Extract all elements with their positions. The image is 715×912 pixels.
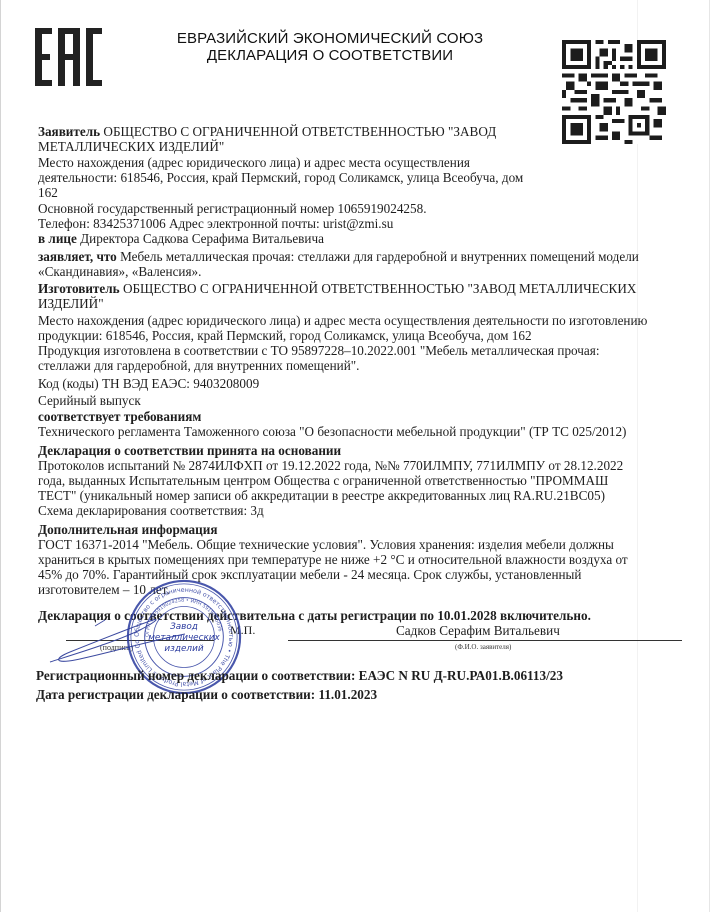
union-title: ЕВРАЗИЙСКИЙ ЭКОНОМИЧЕСКИЙ СОЮЗ [160,30,500,47]
signatory-name: Садков Серафим Витальевич [396,623,560,638]
additional-info: 45% до 70%. Гарантийный срок эксплуатаци… [38,567,581,582]
page-border [709,0,710,912]
declaration-statement: заявляет, что Мебель металлическая проча… [38,249,639,264]
svg-text:металлических: металлических [148,633,220,643]
test-protocols: года, выданных Испытательным центром Общ… [38,473,608,488]
svg-text:изделий: изделий [164,644,203,654]
test-protocols: Протоколов испытаний № 2874ИЛФХП от 19.1… [38,458,623,473]
name-line [288,640,682,641]
manufacturer-name-cont: ИЗДЕЛИЙ" [38,296,104,311]
declaration-statement-cont: «Скандинавия», «Валенсия». [38,264,201,279]
page-border [0,0,1,912]
eac-logo-icon [35,28,101,86]
basis-label: Декларация о соответствии принята на осн… [38,443,341,458]
name-caption: (Ф.И.О. заявителя) [455,643,511,651]
applicant-name-cont: МЕТАЛЛИЧЕСКИХ ИЗДЕЛИЙ" [38,139,224,154]
release-type: Серийный выпуск [38,393,141,408]
svg-text:Завод: Завод [170,622,198,632]
compliance-label: соответствует требованиям [38,409,201,424]
hs-code: Код (коды) ТН ВЭД ЕАЭС: 9403208009 [38,376,259,391]
applicant-address: Место нахождения (адрес юридического лиц… [38,155,470,170]
manufacturer-address: Место нахождения (адрес юридического лиц… [38,313,647,328]
compliance-regulation: Технического регламента Таможенного союз… [38,424,626,439]
registration-number: Регистрационный номер декларации о соотв… [36,668,563,683]
applicant-address: 162 [38,185,58,200]
test-protocols: ТЕСТ" (уникальный номер записи об аккред… [38,488,605,503]
manufacturer-name: Изготовитель ОБЩЕСТВО С ОГРАНИЧЕННОЙ ОТВ… [38,281,636,296]
registration-date: Дата регистрации декларации о соответств… [36,687,377,702]
applicant-representative: в лице Директора Садкова Серафима Виталь… [38,231,324,246]
production-basis: стеллажи для гардеробной, для внутренних… [38,358,359,373]
applicant-ogrn: Основной государственный регистрационный… [38,201,427,216]
applicant-label: Заявитель [38,124,100,139]
applicant-address: деятельности: 618546, Россия, край Пермс… [38,170,523,185]
additional-info-label: Дополнительная информация [38,522,217,537]
production-basis: Продукция изготовлена в соответствии с Т… [38,343,600,358]
manufacturer-address: продукции: 618546, Россия, край Пермский… [38,328,532,343]
qr-code-icon [562,40,666,144]
document-title: ДЕКЛАРАЦИЯ О СООТВЕТСТВИИ [160,47,500,64]
additional-info: храниться в крытых помещениях при темпер… [38,552,628,567]
applicant-contacts: Телефон: 83425371006 Адрес электронной п… [38,216,393,231]
additional-info: ГОСТ 16371-2014 "Мебель. Общие техническ… [38,537,614,552]
applicant-name: Заявитель ОБЩЕСТВО С ОГРАНИЧЕННОЙ ОТВЕТС… [38,124,496,139]
declaration-scheme: Схема декларирования соответствия: 3д [38,503,264,518]
